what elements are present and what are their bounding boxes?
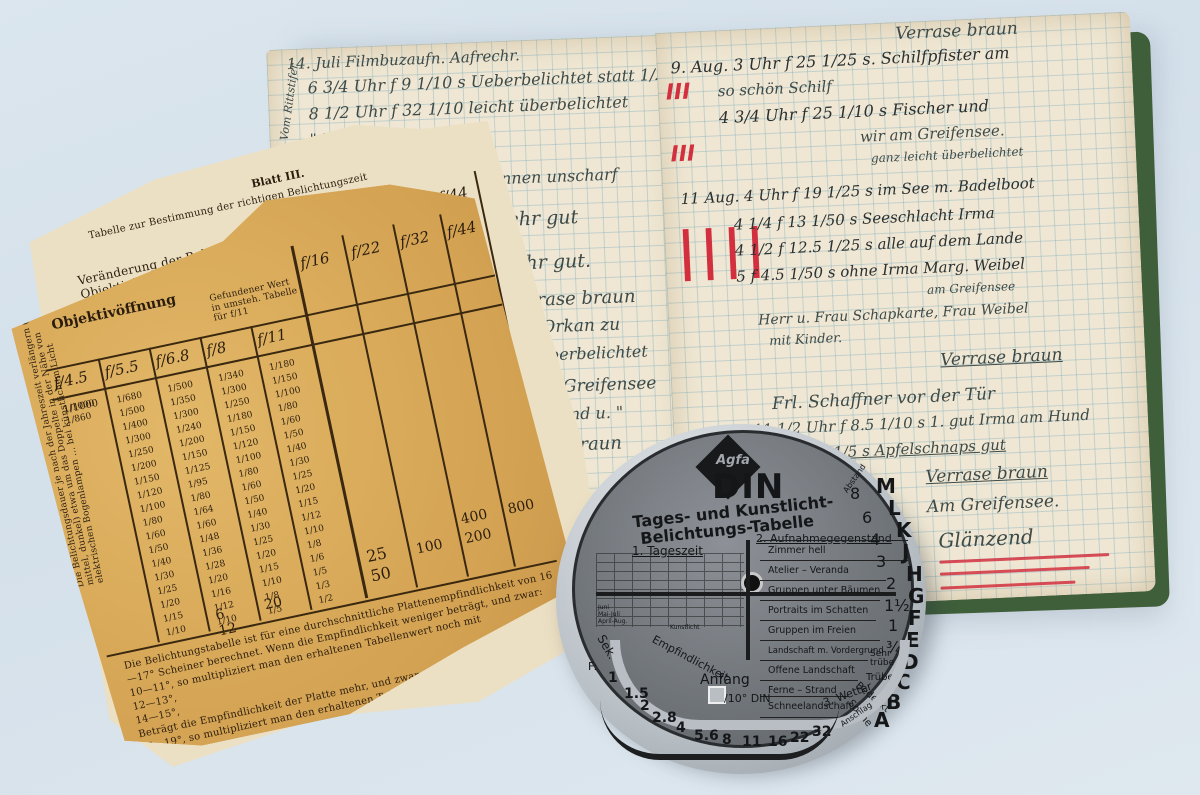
distance-value: 6 bbox=[862, 508, 872, 527]
distance-value: 1 bbox=[888, 616, 898, 635]
distance-value: 4 bbox=[870, 530, 880, 549]
log-line: 4 3/4 Uhr f 25 1/10 s Fischer und bbox=[719, 96, 990, 127]
side-note: Die Belichtungsdauer je nach der Jahresz… bbox=[15, 288, 107, 588]
log-line: 14. Juli Filmbuzaufn. Aafrechr. bbox=[286, 46, 520, 73]
scale-letter: H bbox=[906, 562, 923, 586]
column-header: f/32 bbox=[398, 227, 431, 251]
log-line: wir am Greifensee. bbox=[860, 121, 1005, 146]
log-line: 4 1/4 f 13 1/50 s Seeschlacht Irma bbox=[733, 204, 995, 234]
table-value: 800 bbox=[506, 496, 535, 517]
months-list: Juni Mai-Juli April-Aug. bbox=[598, 604, 627, 625]
log-line: so schön Schilf bbox=[717, 77, 832, 100]
red-tally-mark: III bbox=[665, 80, 691, 106]
log-line: Glänzend bbox=[938, 524, 1034, 552]
log-line: 8 1/2 Uhr f 32 1/10 leicht überbelichtet bbox=[308, 92, 628, 123]
scale-letter: K bbox=[896, 518, 912, 542]
f-stop: 1 bbox=[608, 670, 618, 686]
red-tally-mark: III bbox=[670, 141, 696, 167]
red-underline bbox=[939, 553, 1109, 564]
kunstlicht-label: Kunstlicht bbox=[670, 624, 700, 631]
table-value: 400 bbox=[459, 506, 488, 527]
table-value: 200 bbox=[464, 526, 493, 547]
log-line: ganz leicht überbelichtet bbox=[871, 144, 1024, 165]
subject-row: Gruppen im Freien bbox=[760, 620, 876, 641]
column-header: f/5.5 bbox=[103, 357, 140, 382]
log-line: Verrase braun bbox=[940, 345, 1063, 371]
log-line: Verrase braun bbox=[895, 19, 1018, 45]
agfa-logo-text: Agfa bbox=[708, 453, 758, 468]
log-line: 4 1/2 f 12.5 1/25 s alle auf dem Lande bbox=[735, 229, 1024, 260]
red-underline bbox=[940, 581, 1075, 590]
log-line: 11 Aug. 4 Uhr f 19 1/25 s im See m. Bade… bbox=[680, 174, 1035, 208]
f-label: F: bbox=[588, 660, 597, 673]
scale-letter: G bbox=[908, 584, 924, 608]
log-line: Verrase braun bbox=[925, 462, 1048, 488]
column-header: f/8 bbox=[205, 338, 228, 360]
scale-letter: J bbox=[902, 540, 909, 564]
column-header: f/6.8 bbox=[154, 346, 191, 371]
column-header: f/22 bbox=[349, 238, 382, 262]
margin-note: Vom Rittstifer bbox=[278, 63, 301, 142]
subject-row: Gruppen unter Bäumen bbox=[760, 580, 886, 601]
log-line: 9. Aug. 3 Uhr f 25 1/25 s. Schilfpfister… bbox=[670, 43, 1010, 77]
log-line: am Greifensee bbox=[927, 279, 1016, 297]
log-line: Frl. Schaffner vor der Tür bbox=[772, 384, 996, 414]
log-line: mit Kinder. bbox=[769, 331, 843, 349]
f-stop-ring[interactable] bbox=[600, 700, 840, 760]
log-line: Am Greifensee. bbox=[926, 491, 1059, 517]
column-header: f/11 bbox=[255, 325, 288, 349]
scale-letter: M bbox=[876, 474, 896, 498]
subject-row: Portraits im Schatten bbox=[760, 600, 880, 621]
scale-letter: L bbox=[888, 496, 901, 520]
distance-value: 2 bbox=[886, 574, 896, 593]
distance-value: 8 bbox=[850, 484, 860, 503]
table-value: 50 bbox=[369, 563, 393, 586]
table-value: 100 bbox=[415, 536, 444, 557]
column-header: f/44 bbox=[445, 217, 478, 241]
header-note: Gefundener Wert in umsteh. Tabelle für f… bbox=[209, 276, 303, 324]
log-line: Herr u. Frau Schapkarte, Frau Weibel bbox=[758, 300, 1029, 328]
distance-value: 1½ bbox=[884, 596, 910, 615]
red-underline bbox=[940, 566, 1090, 576]
column-header: f/16 bbox=[298, 249, 331, 273]
distance-value: 3 bbox=[876, 552, 886, 571]
scale-letter: F bbox=[908, 606, 922, 630]
